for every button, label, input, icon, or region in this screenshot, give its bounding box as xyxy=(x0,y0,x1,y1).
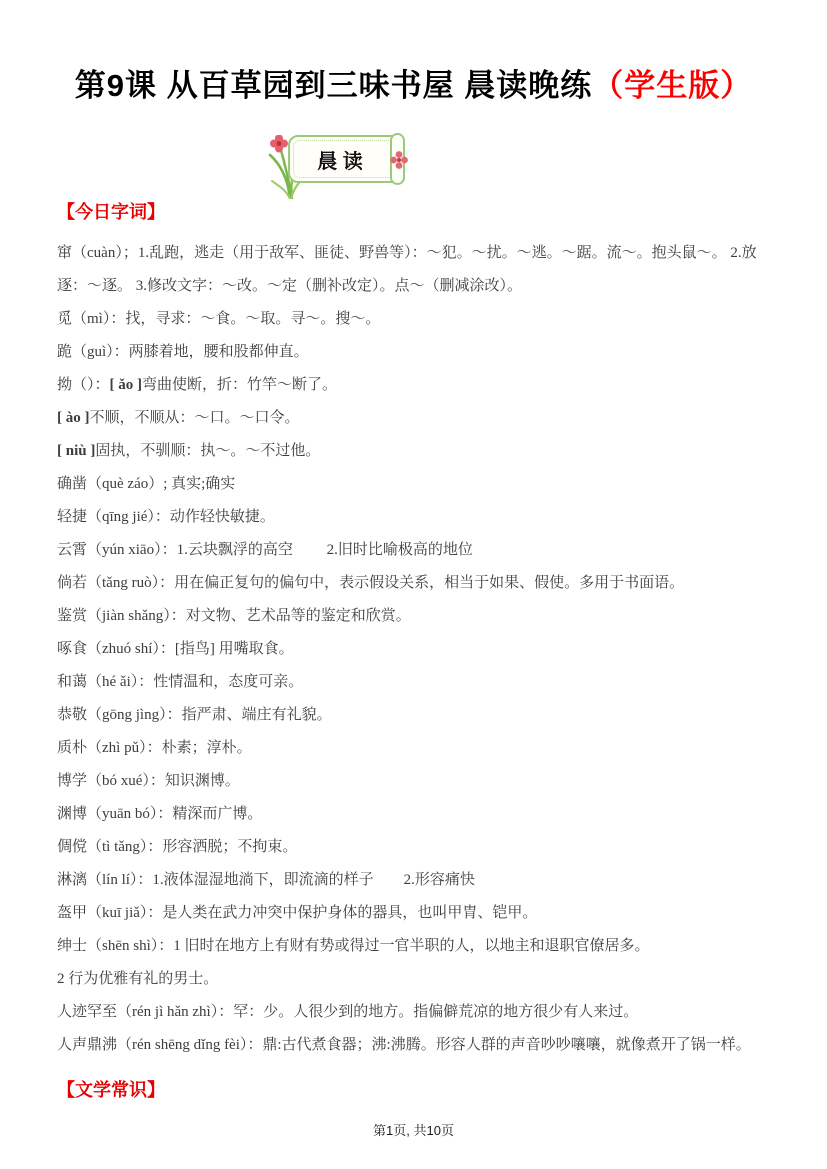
vocab-entry: 渊博（yuān bó）：精深而广博。 xyxy=(57,798,777,831)
vocab-entry: [ ào ]不顺，不顺从：～口。～口令。 xyxy=(57,402,777,435)
banner-scroll-shape: 晨 读 xyxy=(288,135,404,183)
morning-reading-banner: 晨 读 xyxy=(264,131,424,201)
vocab-entry: 人声鼎沸（rén shēng dǐng fèi）：鼎:古代煮食器；沸:沸腾。形容… xyxy=(57,1029,777,1062)
vocab-entry: 鉴赏（jiàn shǎng）：对文物、艺术品等的鉴定和欣赏。 xyxy=(57,600,777,633)
page-title: 第9课 从百草园到三味书屋 晨读晚练（学生版） xyxy=(0,0,827,104)
vocab-entry: 博学（bó xué）：知识渊博。 xyxy=(57,765,777,798)
vocab-entry: 人迹罕至（rén jì hǎn zhì）：罕：少。人很少到的地方。指偏僻荒凉的地… xyxy=(57,996,777,1029)
vocab-entry: 盔甲（kuī jiǎ）：是人类在武力冲突中保护身体的器具，也叫甲胄、铠甲。 xyxy=(57,897,777,930)
vocab-entry: 淋漓（lín lí）：1.液体湿湿地淌下，即流滴的样子 2.形容痛快 xyxy=(57,864,777,897)
vocab-entry: 2 行为优雅有礼的男士。 xyxy=(57,963,777,996)
vocab-entry: 云霄（yún xiāo）：1.云块飘浮的高空 2.旧时比喻极高的地位 xyxy=(57,534,777,567)
vocab-entry: 啄食（zhuó shí）：[指鸟] 用嘴取食。 xyxy=(57,633,777,666)
vocab-entry: 跪（guì）：两膝着地，腰和股都伸直。 xyxy=(57,336,777,369)
section-header-vocab: 【今日字词】 xyxy=(57,200,777,224)
vocab-entry: 窜（cuàn）；1.乱跑，逃走（用于敌军、匪徒、野兽等）：～犯。～扰。～逃。～踞… xyxy=(57,237,777,303)
page-number-footer: 第1页, 共10页 xyxy=(0,1120,827,1139)
banner-label: 晨 读 xyxy=(294,137,386,181)
vocab-entry: [ niù ]固执，不驯顺：执～。～不过他。 xyxy=(57,435,777,468)
vocab-entry: 拗（）：[ ǎo ]弯曲使断，折：竹竿～断了。 xyxy=(57,369,777,402)
vocab-entry-list: 窜（cuàn）；1.乱跑，逃走（用于敌军、匪徒、野兽等）：～犯。～扰。～逃。～踞… xyxy=(57,237,777,1062)
section-header-literature: 【文学常识】 xyxy=(57,1078,777,1102)
vocab-entry: 恭敬（gōng jìng）：指严肃、端庄有礼貌。 xyxy=(57,699,777,732)
page-title-edition: （学生版） xyxy=(592,68,752,103)
pink-flower-icon xyxy=(390,151,408,169)
document-body: 【今日字词】 窜（cuàn）；1.乱跑，逃走（用于敌军、匪徒、野兽等）：～犯。～… xyxy=(0,200,827,1102)
vocab-entry: 轻捷（qīng jié）：动作轻快敏捷。 xyxy=(57,501,777,534)
page-title-main: 第9课 从百草园到三味书屋 晨读晚练 xyxy=(75,68,592,103)
vocab-entry: 质朴（zhì pǔ）：朴素；淳朴。 xyxy=(57,732,777,765)
vocab-entry: 觅（mì）：找，寻求：～食。～取。寻～。搜～。 xyxy=(57,303,777,336)
vocab-entry: 确凿（què záo）; 真实;确实 xyxy=(57,468,777,501)
vocab-entry: 绅士（shēn shì）：1 旧时在地方上有财有势或得过一官半职的人，以地主和退… xyxy=(57,930,777,963)
document-page: 第9课 从百草园到三味书屋 晨读晚练（学生版） 晨 读 xyxy=(0,0,827,1169)
vocab-entry: 和蔼（hé ǎi）：性情温和，态度可亲。 xyxy=(57,666,777,699)
vocab-entry: 倜傥（tì tǎng）：形容洒脱；不拘束。 xyxy=(57,831,777,864)
vocab-entry: 倘若（tǎng ruò）：用在偏正复句的偏句中，表示假设关系，相当于如果、假使。… xyxy=(57,567,777,600)
